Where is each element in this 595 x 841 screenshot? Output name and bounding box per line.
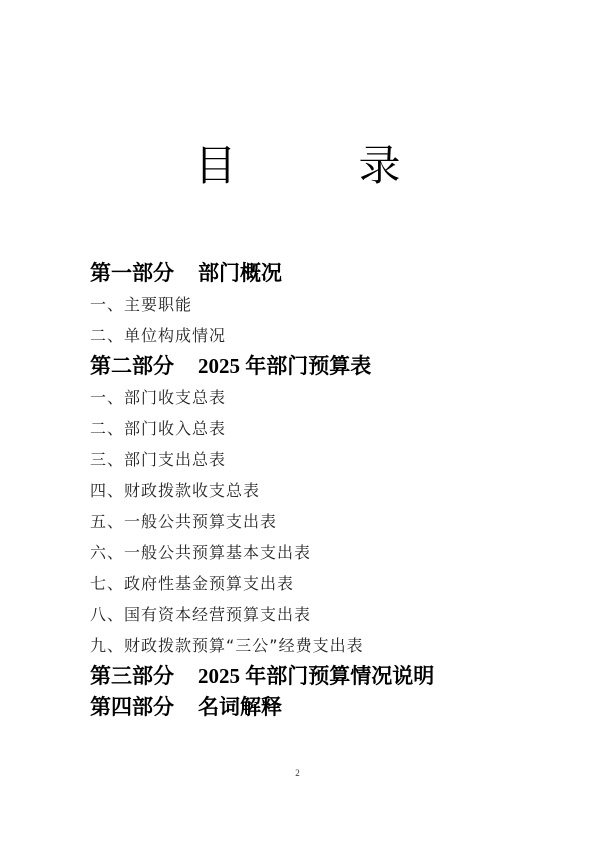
toc-item-fiscal-allocation-summary[interactable]: 四、财政拨款收支总表 — [90, 475, 550, 506]
toc-item-general-public-basic[interactable]: 六、一般公共预算基本支出表 — [90, 537, 550, 568]
toc-part-label: 名词解释 — [198, 695, 282, 719]
toc-item-state-capital[interactable]: 八、国有资本经营预算支出表 — [90, 599, 550, 630]
toc-part-number: 第三部分 — [90, 661, 198, 692]
toc-item-unit-composition[interactable]: 二、单位构成情况 — [90, 320, 550, 351]
toc-part-label: 2025 年部门预算表 — [198, 354, 371, 378]
toc-item-expenditure-summary[interactable]: 三、部门支出总表 — [90, 444, 550, 475]
page-number: 2 — [0, 768, 595, 778]
toc-part-label: 2025 年部门预算情况说明 — [198, 664, 434, 688]
toc-part-number: 第二部分 — [90, 351, 198, 382]
toc-part-number: 第一部分 — [90, 258, 198, 289]
toc-item-government-fund[interactable]: 七、政府性基金预算支出表 — [90, 568, 550, 599]
toc-part-3[interactable]: 第三部分2025 年部门预算情况说明 — [90, 661, 550, 692]
page-title: 目 录 — [0, 141, 595, 191]
toc-part-4[interactable]: 第四部分名词解释 — [90, 692, 550, 723]
toc-part-number: 第四部分 — [90, 692, 198, 723]
toc-part-1[interactable]: 第一部分部门概况 — [90, 258, 550, 289]
toc-item-revenue-expenditure-summary[interactable]: 一、部门收支总表 — [90, 382, 550, 413]
toc-item-revenue-summary[interactable]: 二、部门收入总表 — [90, 413, 550, 444]
table-of-contents: 第一部分部门概况 一、主要职能 二、单位构成情况 第二部分2025 年部门预算表… — [90, 258, 550, 723]
toc-part-2[interactable]: 第二部分2025 年部门预算表 — [90, 351, 550, 382]
toc-item-main-functions[interactable]: 一、主要职能 — [90, 289, 550, 320]
toc-item-general-public-budget[interactable]: 五、一般公共预算支出表 — [90, 506, 550, 537]
toc-part-label: 部门概况 — [198, 261, 282, 285]
toc-item-three-public-expenses[interactable]: 九、财政拨款预算“三公”经费支出表 — [90, 630, 550, 661]
